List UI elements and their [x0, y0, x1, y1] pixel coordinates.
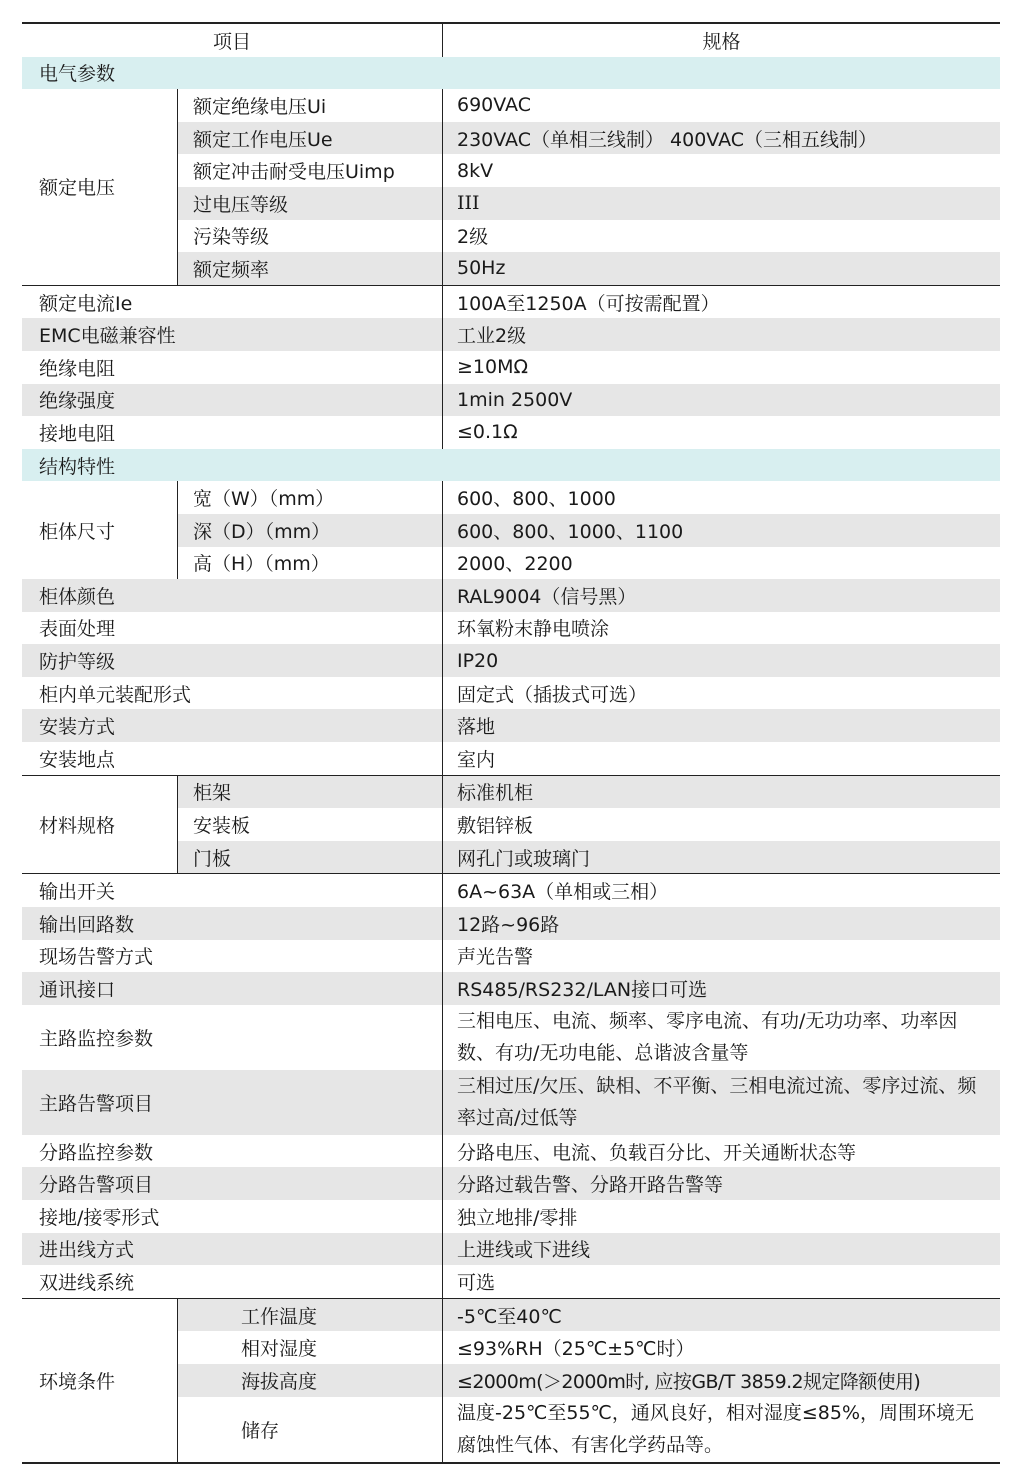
row-name: 相对湿度: [178, 1331, 443, 1364]
row-name: 分路告警项目: [22, 1167, 443, 1200]
row-name: 安装地点: [22, 742, 443, 775]
row-value: 标准机柜: [443, 776, 1000, 809]
row-value: 室内: [443, 742, 1000, 775]
spec-table: 项目 规格 电气参数 额定电压 额定绝缘电压Ui690VAC 额定工作电压Ue2…: [22, 22, 1000, 1464]
row-name: 进出线方式: [22, 1233, 443, 1266]
row-value: ≥10MΩ: [443, 351, 1000, 384]
table-row: EMC电磁兼容性工业2级: [22, 318, 1000, 351]
row-value: 落地: [443, 709, 1000, 742]
table-row: 柜内单元装配形式固定式（插拔式可选）: [22, 677, 1000, 710]
row-value: III: [443, 187, 1000, 220]
row-value: 分路电压、电流、负载百分比、开关通断状态等: [443, 1135, 1000, 1168]
row-name: 额定工作电压Ue: [178, 122, 443, 155]
row-value: 声光告警: [443, 940, 1000, 973]
table-row: 双进线系统可选: [22, 1265, 1000, 1298]
row-name: 额定冲击耐受电压Uimp: [178, 154, 443, 187]
table-row: 深（D）（mm）600、800、1000、1100: [178, 514, 1000, 547]
row-name: 高（H）（mm）: [178, 547, 443, 580]
row-value: ≤2000m(＞2000m时, 应按GB/T 3859.2规定降额使用): [443, 1364, 1000, 1397]
table-row: 额定频率50Hz: [178, 252, 1000, 285]
table-row: 工作温度-5℃至40℃: [178, 1299, 1000, 1332]
header-spec: 规格: [443, 24, 1000, 57]
row-name: 双进线系统: [22, 1265, 443, 1298]
section-structure: 结构特性: [22, 449, 1000, 482]
table-row: 门板网孔门或玻璃门: [178, 841, 1000, 874]
table-row: 相对湿度≤93%RH（25℃±5℃时）: [178, 1331, 1000, 1364]
row-name: 储存: [178, 1397, 443, 1462]
row-name: 现场告警方式: [22, 940, 443, 973]
row-value: ≤93%RH（25℃±5℃时）: [443, 1331, 1000, 1364]
row-name: 宽（W）（mm）: [178, 481, 443, 514]
table-header: 项目 规格: [22, 24, 1000, 57]
row-name: EMC电磁兼容性: [22, 318, 443, 351]
table-row: 额定冲击耐受电压Uimp8kV: [178, 154, 1000, 187]
row-name: 海拔高度: [178, 1364, 443, 1397]
table-row: 防护等级IP20: [22, 644, 1000, 677]
table-row: 海拔高度≤2000m(＞2000m时, 应按GB/T 3859.2规定降额使用): [178, 1364, 1000, 1397]
row-name: 表面处理: [22, 612, 443, 645]
row-value: 690VAC: [443, 89, 1000, 122]
group-rated-voltage: 额定电压 额定绝缘电压Ui690VAC 额定工作电压Ue230VAC（单相三线制…: [22, 89, 1000, 285]
row-value: 工业2级: [443, 318, 1000, 351]
row-value: 固定式（插拔式可选）: [443, 677, 1000, 710]
table-row: 绝缘电阻≥10MΩ: [22, 351, 1000, 384]
row-value: RAL9004（信号黑）: [443, 579, 1000, 612]
section-electrical: 电气参数: [22, 57, 1000, 90]
row-value: 230VAC（单相三线制） 400VAC（三相五线制）: [443, 122, 1000, 155]
row-value: 环氧粉末静电喷涂: [443, 612, 1000, 645]
group-environment: 环境条件 工作温度-5℃至40℃ 相对湿度≤93%RH（25℃±5℃时） 海拔高…: [22, 1298, 1000, 1462]
row-value: 8kV: [443, 154, 1000, 187]
row-name: 安装方式: [22, 709, 443, 742]
row-value: RS485/RS232/LAN接口可选: [443, 972, 1000, 1005]
row-value: IP20: [443, 644, 1000, 677]
row-name: 柜内单元装配形式: [22, 677, 443, 710]
table-row: 主路告警项目三相过压/欠压、缺相、不平衡、三相电流过流、零序过流、频率过高/过低…: [22, 1070, 1000, 1135]
row-name: 额定绝缘电压Ui: [178, 89, 443, 122]
table-row: 安装板敷铝锌板: [178, 808, 1000, 841]
table-row: 绝缘强度1min 2500V: [22, 384, 1000, 417]
row-value: 50Hz: [443, 252, 1000, 285]
table-row: 过电压等级III: [178, 187, 1000, 220]
row-name: 通讯接口: [22, 972, 443, 1005]
row-name: 深（D）（mm）: [178, 514, 443, 547]
row-name: 主路告警项目: [22, 1070, 443, 1135]
table-row: 安装方式落地: [22, 709, 1000, 742]
row-value: 600、800、1000: [443, 481, 1000, 514]
table-row: 额定电流Ie100A至1250A（可按需配置）: [22, 285, 1000, 319]
group-label: 额定电压: [22, 89, 178, 285]
row-name: 工作温度: [178, 1299, 443, 1332]
group-material: 材料规格 柜架标准机柜 安装板敷铝锌板 门板网孔门或玻璃门: [22, 775, 1000, 874]
row-value: 2级: [443, 220, 1000, 253]
table-row: 额定绝缘电压Ui690VAC: [178, 89, 1000, 122]
group-label: 柜体尺寸: [22, 481, 178, 579]
table-row: 柜架标准机柜: [178, 776, 1000, 809]
row-name: 门板: [178, 841, 443, 874]
row-name: 污染等级: [178, 220, 443, 253]
row-name: 接地/接零形式: [22, 1200, 443, 1233]
group-cabinet-size: 柜体尺寸 宽（W）（mm）600、800、1000 深（D）（mm）600、80…: [22, 481, 1000, 579]
table-row: 分路监控参数分路电压、电流、负载百分比、开关通断状态等: [22, 1135, 1000, 1168]
table-row: 输出回路数12路~96路: [22, 907, 1000, 940]
row-value: 三相过压/欠压、缺相、不平衡、三相电流过流、零序过流、频率过高/过低等: [443, 1070, 1000, 1135]
row-name: 分路监控参数: [22, 1135, 443, 1168]
row-value: 独立地排/零排: [443, 1200, 1000, 1233]
table-row: 额定工作电压Ue230VAC（单相三线制） 400VAC（三相五线制）: [178, 122, 1000, 155]
table-row: 输出开关6A~63A（单相或三相）: [22, 873, 1000, 907]
row-value: 分路过载告警、分路开路告警等: [443, 1167, 1000, 1200]
row-value: 敷铝锌板: [443, 808, 1000, 841]
row-name: 安装板: [178, 808, 443, 841]
table-row: 高（H）（mm）2000、2200: [178, 547, 1000, 580]
row-value: 100A至1250A（可按需配置）: [443, 286, 1000, 319]
table-row: 分路告警项目分路过载告警、分路开路告警等: [22, 1167, 1000, 1200]
table-row: 现场告警方式声光告警: [22, 940, 1000, 973]
row-name: 额定电流Ie: [22, 286, 443, 319]
row-value: 2000、2200: [443, 547, 1000, 580]
row-name: 额定频率: [178, 252, 443, 285]
table-row: 柜体颜色RAL9004（信号黑）: [22, 579, 1000, 612]
table-row: 储存温度-25℃至55℃，通风良好，相对湿度≤85%，周围环境无腐蚀性气体、有害…: [178, 1397, 1000, 1462]
table-row: 进出线方式上进线或下进线: [22, 1233, 1000, 1266]
row-value: 600、800、1000、1100: [443, 514, 1000, 547]
row-value: 温度-25℃至55℃，通风良好，相对湿度≤85%，周围环境无腐蚀性气体、有害化学…: [443, 1397, 1000, 1462]
row-value: 三相电压、电流、频率、零序电流、有功/无功功率、功率因数、有功/无功电能、总谐波…: [443, 1005, 1000, 1070]
row-name: 柜体颜色: [22, 579, 443, 612]
row-value: 1min 2500V: [443, 384, 1000, 417]
row-value: 12路~96路: [443, 907, 1000, 940]
row-name: 绝缘电阻: [22, 351, 443, 384]
row-value: 6A~63A（单相或三相）: [443, 874, 1000, 907]
row-value: 可选: [443, 1265, 1000, 1298]
table-row: 主路监控参数三相电压、电流、频率、零序电流、有功/无功功率、功率因数、有功/无功…: [22, 1005, 1000, 1070]
row-name: 过电压等级: [178, 187, 443, 220]
row-value: 网孔门或玻璃门: [443, 841, 1000, 874]
table-row: 安装地点室内: [22, 742, 1000, 775]
row-name: 接地电阻: [22, 416, 443, 449]
table-row: 接地电阻≤0.1Ω: [22, 416, 1000, 449]
section-title: 电气参数: [22, 57, 115, 90]
row-value: -5℃至40℃: [443, 1299, 1000, 1332]
row-name: 柜架: [178, 776, 443, 809]
row-name: 主路监控参数: [22, 1005, 443, 1070]
table-row: 污染等级2级: [178, 220, 1000, 253]
row-value: ≤0.1Ω: [443, 416, 1000, 449]
group-label: 材料规格: [22, 776, 178, 874]
row-name: 输出回路数: [22, 907, 443, 940]
row-value: 上进线或下进线: [443, 1233, 1000, 1266]
table-row: 接地/接零形式独立地排/零排: [22, 1200, 1000, 1233]
row-name: 绝缘强度: [22, 384, 443, 417]
row-name: 防护等级: [22, 644, 443, 677]
row-name: 输出开关: [22, 874, 443, 907]
section-title: 结构特性: [22, 449, 115, 482]
header-item: 项目: [22, 24, 443, 57]
table-row: 通讯接口RS485/RS232/LAN接口可选: [22, 972, 1000, 1005]
group-label: 环境条件: [22, 1299, 178, 1462]
table-row: 宽（W）（mm）600、800、1000: [178, 481, 1000, 514]
table-row: 表面处理环氧粉末静电喷涂: [22, 612, 1000, 645]
